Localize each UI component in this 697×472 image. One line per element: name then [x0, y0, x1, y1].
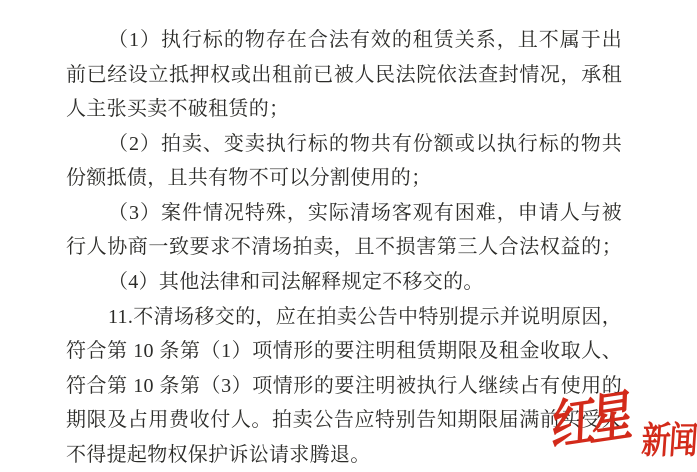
text-line: 人主张买卖不破租赁的；	[66, 92, 622, 127]
text-line: 期限及占用费收付人。拍卖公告应特别告知期限届满前买受人	[66, 403, 622, 438]
text-line: （3）案件情况特殊，实际清场客观有困难，申请人与被执	[66, 196, 622, 231]
text-line: （1）执行标的物存在合法有效的租赁关系，且不属于出租	[66, 23, 622, 58]
text-line: 份额抵债，且共有物不可以分割使用的；	[66, 161, 622, 196]
text-line: 符合第 10 条第（1）项情形的要注明租赁期限及租金收取人、	[66, 334, 622, 369]
text-line: 11.不清场移交的，应在拍卖公告中特别提示并说明原因，	[66, 300, 622, 335]
text-line: 行人协商一致要求不清场拍卖，且不损害第三人合法权益的；	[66, 230, 622, 265]
text-line: 符合第 10 条第（3）项情形的要注明被执行人继续占有使用的	[66, 369, 622, 404]
legal-text-block: （1）执行标的物存在合法有效的租赁关系，且不属于出租 前已经设立抵押权或出租前已…	[66, 23, 622, 472]
document-page: （1）执行标的物存在合法有效的租赁关系，且不属于出租 前已经设立抵押权或出租前已…	[0, 0, 697, 472]
text-line: （4）其他法律和司法解释规定不移交的。	[66, 265, 622, 300]
text-line: （2）拍卖、变卖执行标的物共有份额或以执行标的物共有	[66, 127, 622, 162]
text-line: 前已经设立抵押权或出租前已被人民法院依法查封情况，承租	[66, 58, 622, 93]
text-line: 不得提起物权保护诉讼请求腾退。	[66, 438, 622, 472]
red-star-logo-wordmark: 新闻	[640, 410, 697, 464]
